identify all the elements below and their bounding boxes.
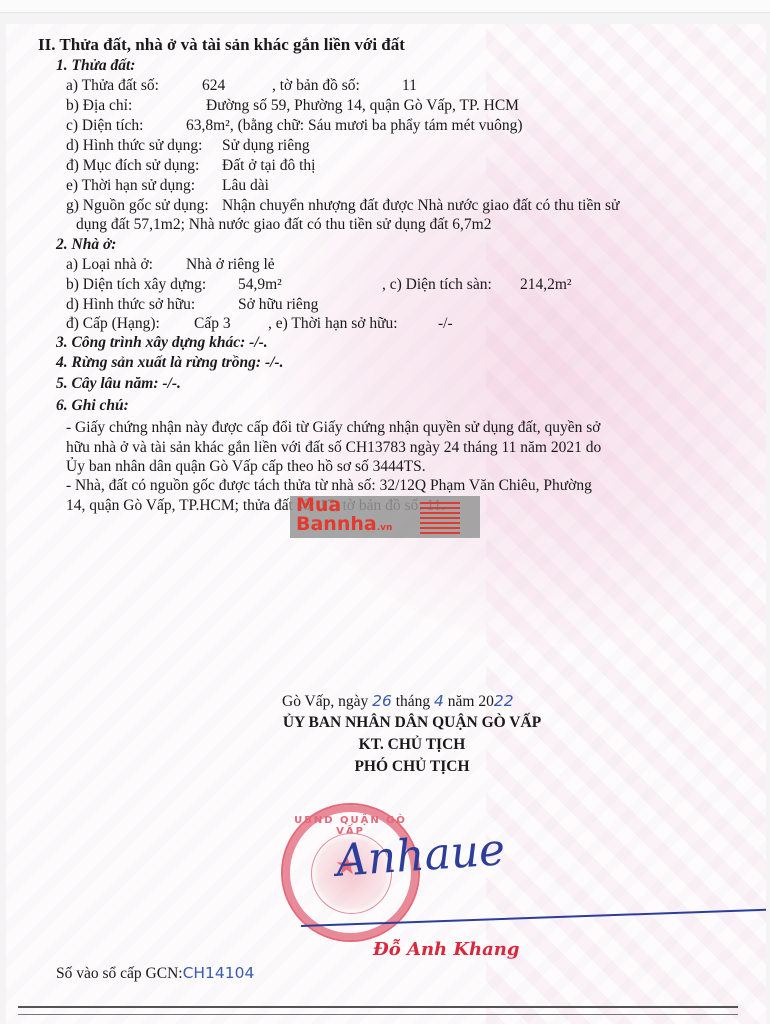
month-handwritten: 4 — [434, 692, 444, 710]
house-type-label: a) Loại nhà ở: — [66, 256, 153, 274]
signer-name: Đỗ Anh Khang — [373, 939, 519, 960]
watermark-line-2: Bannha — [296, 513, 377, 535]
grade-label: đ) Cấp (Hạng): — [66, 315, 160, 333]
build-area-label: b) Diện tích xây dựng: — [66, 276, 206, 294]
certificate-page: II. Thửa đất, nhà ở và tài sản khác gắn … — [6, 24, 766, 1024]
place-date: Gò Vấp, ngày 26 tháng 4 năm 2022 — [282, 692, 514, 711]
map-label: , tờ bản đồ số: — [272, 77, 360, 95]
divider — [18, 1014, 738, 1015]
own-term-label: , e) Thời hạn sở hữu: — [268, 315, 398, 333]
note-line: Ủy ban nhân dân quận Gò Vấp cấp theo hồ … — [66, 458, 426, 476]
address-value: Đường số 59, Phường 14, quận Gò Vấp, TP.… — [206, 97, 519, 115]
purpose-label: đ) Mục đích sử dụng: — [66, 157, 199, 175]
note-line: - Nhà, đất có nguồn gốc được tách thửa t… — [66, 477, 592, 495]
day-handwritten: 26 — [372, 692, 392, 710]
section-title: II. Thửa đất, nhà ở và tài sản khác gắn … — [38, 36, 405, 54]
parcel-number: 624 — [202, 77, 225, 95]
origin-label: g) Nguồn gốc sử dụng: — [66, 197, 209, 215]
registry-value: CH14104 — [183, 964, 255, 982]
other-works: 3. Công trình xây dựng khác: -/-. — [56, 334, 268, 352]
note-line: - Giấy chứng nhận này được cấp đổi từ Gi… — [66, 419, 600, 437]
floor-area-label: , c) Diện tích sàn: — [382, 276, 492, 294]
production-forest: 4. Rừng sản xuất là rừng trồng: -/-. — [56, 354, 283, 372]
term-value: Lâu dài — [222, 177, 269, 195]
origin-line-1: Nhận chuyển nhượng đất được Nhà nước gia… — [222, 197, 619, 215]
own-term-value: -/- — [438, 315, 453, 333]
area-label: c) Diện tích: — [66, 117, 143, 135]
map-number: 11 — [402, 77, 417, 95]
origin-line-2: dụng đất 57,1m2; Nhà nước giao đất có th… — [76, 216, 491, 234]
land-heading: 1. Thửa đất: — [56, 57, 135, 75]
registry-label: Số vào sổ cấp GCN: — [56, 965, 183, 982]
watermark-logo: Mua Bannha.vn — [296, 496, 392, 538]
grade-value: Cấp 3 — [194, 315, 231, 333]
purpose-value: Đất ở tại đô thị — [222, 157, 315, 175]
watermark-suffix: .vn — [377, 523, 393, 533]
ownership-value: Sở hữu riêng — [238, 296, 318, 314]
use-form-value: Sử dụng riêng — [222, 137, 310, 155]
note-line: hữu nhà ở và tài sản khác gắn liền với đ… — [66, 439, 601, 457]
month-label: tháng — [396, 693, 430, 710]
ownership-label: d) Hình thức sở hữu: — [66, 296, 195, 314]
divider — [18, 1006, 738, 1008]
place-date-prefix: Gò Vấp, ngày — [282, 693, 368, 710]
year-handwritten: 22 — [494, 692, 514, 710]
position-title: PHÓ CHỦ TỊCH — [262, 758, 562, 776]
house-heading: 2. Nhà ở: — [56, 236, 116, 254]
area-value: 63,8m², (bằng chữ: Sáu mươi ba phẩy tám … — [186, 117, 523, 135]
parcel-label: a) Thửa đất số: — [66, 77, 159, 95]
site-watermark: Mua Bannha.vn — [290, 496, 480, 538]
perennial-trees: 5. Cây lâu năm: -/-. — [56, 375, 181, 393]
address-label: b) Địa chỉ: — [66, 97, 132, 115]
floor-area-value: 214,2m² — [520, 276, 572, 294]
year-label: năm 20 — [448, 693, 494, 710]
notes-heading: 6. Ghi chú: — [56, 397, 129, 415]
house-type-value: Nhà ở riêng lẻ — [186, 256, 275, 274]
top-bar — [0, 0, 770, 13]
build-area-value: 54,9m² — [238, 276, 282, 294]
term-label: e) Thời hạn sử dụng: — [66, 177, 195, 195]
on-behalf-title: KT. CHỦ TỊCH — [262, 736, 562, 754]
use-form-label: d) Hình thức sử dụng: — [66, 137, 203, 155]
registry-number: Số vào sổ cấp GCN:CH14104 — [56, 964, 254, 983]
authority-name: ỦY BAN NHÂN DÂN QUẬN GÒ VẤP — [262, 714, 562, 732]
building-icon — [420, 500, 460, 534]
